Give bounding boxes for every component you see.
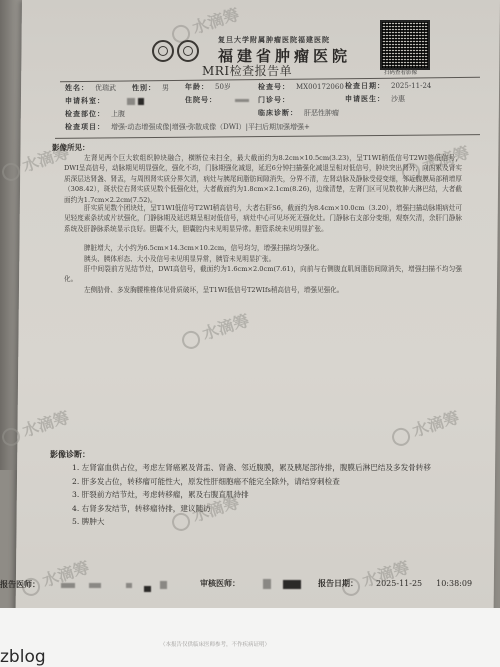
findings-paragraph: 胰头、胰体形态、大小及信号未见明显异常，胰管未见明显扩张。: [64, 254, 462, 264]
redacted-signature: [89, 583, 101, 588]
bottom-strip: [0, 608, 500, 667]
redacted-department: [138, 98, 144, 105]
outpatient-number-field: 门诊号：: [258, 95, 290, 105]
hospital-logos: [152, 40, 199, 62]
findings-heading: 影像所见：: [52, 142, 90, 153]
redacted-department: [127, 98, 135, 105]
qr-code[interactable]: [380, 20, 430, 70]
findings-paragraph: 左肾见两个巨大软组织肿块融合，横断位未扫全，最大截面约为8.2cm×10.5cm…: [64, 153, 462, 205]
department-field: 申请科室：: [65, 96, 144, 106]
findings-paragraph: 脾脏增大，大小约为6.5cm×14.3cm×10.2cm，信号均匀，增强扫描均匀…: [64, 243, 462, 253]
redacted-signature: [61, 583, 75, 588]
diagnosis-item: 5. 脾肿大: [72, 515, 482, 529]
redacted-signature: [160, 581, 167, 589]
brand-label: zblog: [0, 647, 46, 667]
diagnosis-heading: 影像诊断：: [50, 449, 90, 460]
redacted-signature: [144, 586, 151, 592]
findings-paragraph: 左侧肋骨、多发胸腰椎椎体见骨质破坏，呈T1WI低信号T2WIfs稍高信号，增强见…: [64, 285, 462, 295]
inpatient-number-field: 住院号：: [185, 95, 249, 105]
university-logo-icon: [177, 40, 199, 62]
patient-gender-field: 性别：男: [132, 83, 169, 93]
redacted-signature: [126, 583, 132, 588]
report-date-field: 报告日期：2025-11-2510:38:09: [318, 578, 472, 589]
patient-age-field: 年龄：50岁: [185, 82, 231, 92]
exam-items-field: 检查项目：增强-动态增强成像|增强-弥散成像（DWI）|平扫后期加强增强+: [65, 122, 310, 132]
clinical-diagnosis-field: 临床诊断：肝恶性肿瘤: [258, 108, 339, 118]
redacted-signature: [263, 579, 271, 589]
redacted-signature: [283, 580, 301, 589]
reporting-physician-field: 报告医师：: [0, 578, 167, 592]
requesting-doctor-field: 申请医生：沙惠: [345, 94, 405, 104]
diagnosis-item: 3. 肝裂前方结节灶，考虑转移瘤，累及右腹直肌待排: [72, 488, 482, 502]
findings-paragraph: 肝实质见数个团块灶，呈T1WI低信号T2WI稍高信号，大者右肝S6，截面约为8.…: [64, 203, 462, 234]
reviewing-physician-field: 审核医师：: [200, 578, 301, 589]
qr-caption: 扫码查看影像: [384, 68, 417, 76]
exam-number-field: 检查号：MX00172060: [258, 82, 344, 92]
disclaimer: （本报告仅供临床医师参考，不作疾病证明）: [160, 640, 270, 648]
patient-name-field: 姓名：优瑞武: [65, 83, 116, 93]
body-part-field: 检查部位：上腹: [65, 109, 125, 119]
exam-date-field: 检查日期：2025-11-24: [345, 81, 431, 91]
diagnosis-item: 2. 肝多发占位，转移瘤可能性大，原发性肝细胞癌不能完全除外，请结穿刺检查: [72, 475, 482, 489]
findings-paragraph: 肝中间裂前方见结节灶，DWI高信号，截面约为1.6cm×2.0cm(7.61)，…: [64, 264, 462, 285]
redacted-inpatient-number: [235, 99, 249, 102]
diagnosis-item: 1. 左肾富血供占位，考虑左肾癌累及肾盂、肾盏、邻近腹膜，累及胰尾部待排，腹膜后…: [72, 461, 482, 475]
hospital-logo-icon: [152, 40, 174, 62]
hospital-subtitle: 复旦大学附属肿瘤医院福建医院: [218, 35, 330, 45]
report-title: MRI检查报告单: [202, 62, 292, 79]
diagnosis-item: 4. 右肾多发结节，转移瘤待排，建议随访: [72, 502, 482, 516]
diagnosis-list: 1. 左肾富血供占位，考虑左肾癌累及肾盂、肾盏、邻近腹膜，累及胰尾部待排，腹膜后…: [72, 461, 482, 529]
